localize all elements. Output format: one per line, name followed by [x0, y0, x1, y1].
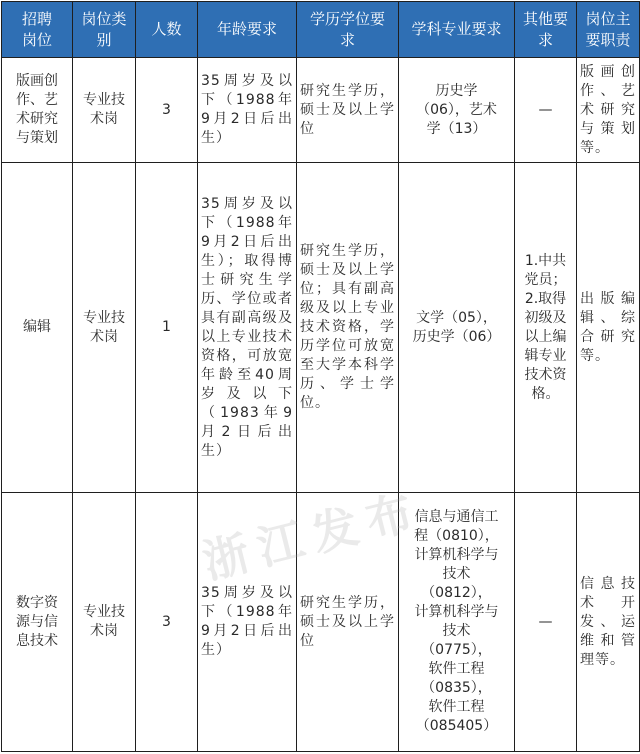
- cell-position: 数字资 源与信 息技术: [2, 493, 73, 752]
- cell-education: 研究生学历，硕士及以上学位: [297, 58, 399, 163]
- cell-other: 1.中共 党员； 2.取得 初级及 以上编 辑专业 技术资 格。: [515, 163, 577, 493]
- cell-position: 编辑: [2, 163, 73, 493]
- header-major: 学科专业要求: [399, 2, 515, 58]
- cell-other: —: [515, 493, 577, 752]
- cell-count: 1: [136, 163, 198, 493]
- cell-age: 35周岁及以下（1988年9月2日后出生）: [198, 493, 297, 752]
- cell-education: 研究生学历，硕士及以上学位: [297, 493, 399, 752]
- header-category: 岗位类 别: [73, 2, 136, 58]
- header-duties: 岗位主 要职责: [577, 2, 640, 58]
- cell-major: 历史学 （06），艺术 学（13）: [399, 58, 515, 163]
- cell-category: 专业技 术岗: [73, 163, 136, 493]
- cell-category: 专业技 术岗: [73, 58, 136, 163]
- table-row: 数字资 源与信 息技术 专业技 术岗 3 35周岁及以下（1988年9月2日后出…: [2, 493, 640, 752]
- cell-other: —: [515, 58, 577, 163]
- cell-duties: 版画创作、艺术研究与策划等。: [577, 58, 640, 163]
- table-header-row: 招聘 岗位 岗位类 别 人数 年龄要求 学历学位要 求 学科专业要求 其他要 求…: [2, 2, 640, 58]
- header-other: 其他要 求: [515, 2, 577, 58]
- recruitment-table: 招聘 岗位 岗位类 别 人数 年龄要求 学历学位要 求 学科专业要求 其他要 求…: [1, 1, 640, 752]
- header-position: 招聘 岗位: [2, 2, 73, 58]
- header-count: 人数: [136, 2, 198, 58]
- table-row: 版画创 作、艺 术研究 与策划 专业技 术岗 3 35周岁及以下（1988年9月…: [2, 58, 640, 163]
- cell-category: 专业技 术岗: [73, 493, 136, 752]
- cell-education: 研究生学历，硕士及以上学位；具有副高级及以上专业技术资格，学历学位可放宽至大学本…: [297, 163, 399, 493]
- table-row: 编辑 专业技 术岗 1 35周岁及以下（1988年9月2日后出生）；取得博士研究…: [2, 163, 640, 493]
- cell-count: 3: [136, 58, 198, 163]
- cell-age: 35周岁及以下（1988年9月2日后出生）: [198, 58, 297, 163]
- cell-position: 版画创 作、艺 术研究 与策划: [2, 58, 73, 163]
- cell-age: 35周岁及以下（1988年9月2日后出生）；取得博士研究生学历、学位或者具有副高…: [198, 163, 297, 493]
- header-age: 年龄要求: [198, 2, 297, 58]
- cell-major: 信息与通信工 程（0810）， 计算机科学与 技术 （0812）， 计算机科学与…: [399, 493, 515, 752]
- cell-count: 3: [136, 493, 198, 752]
- cell-duties: 出版编辑、综合研究等。: [577, 163, 640, 493]
- cell-major: 文学（05）， 历史学（06）: [399, 163, 515, 493]
- header-education: 学历学位要 求: [297, 2, 399, 58]
- cell-duties: 信息技术开发、运维和管理等。: [577, 493, 640, 752]
